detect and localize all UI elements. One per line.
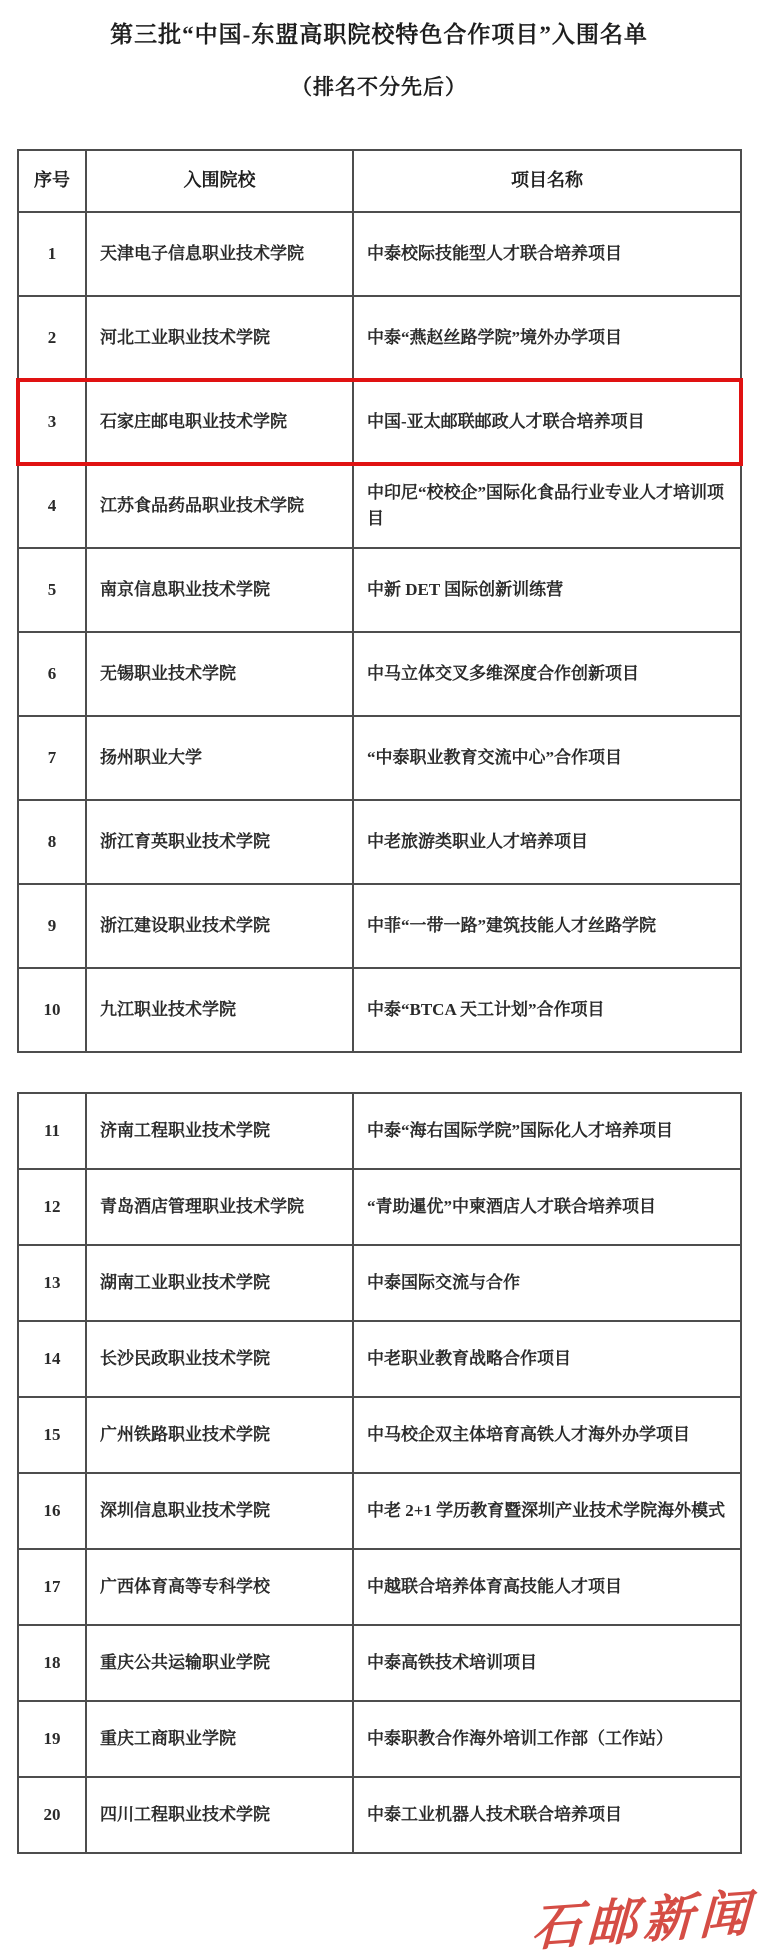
serial-number-cell: 15: [18, 1397, 86, 1473]
table-row: 20四川工程职业技术学院中泰工业机器人技术联合培养项目: [18, 1777, 741, 1853]
project-name-cell: 中菲“一带一路”建筑技能人才丝路学院: [353, 884, 741, 968]
watermark-stamp: 石邮新闻: [531, 1873, 757, 1955]
table-row: 11济南工程职业技术学院中泰“海右国际学院”国际化人才培养项目: [18, 1093, 741, 1169]
serial-number-cell: 16: [18, 1473, 86, 1549]
project-name-cell: 中泰校际技能型人才联合培养项目: [353, 212, 741, 296]
serial-number-cell: 17: [18, 1549, 86, 1625]
school-cell: 无锡职业技术学院: [86, 632, 353, 716]
school-cell: 四川工程职业技术学院: [86, 1777, 353, 1853]
serial-number-cell: 5: [18, 548, 86, 632]
table-row: 16深圳信息职业技术学院中老 2+1 学历教育暨深圳产业技术学院海外模式: [18, 1473, 741, 1549]
table-row: 4江苏食品药品职业技术学院中印尼“校校企”国际化食品行业专业人才培训项目: [18, 464, 741, 548]
table-row: 5南京信息职业技术学院中新 DET 国际创新训练营: [18, 548, 741, 632]
project-name-cell: 中老 2+1 学历教育暨深圳产业技术学院海外模式: [353, 1473, 741, 1549]
project-name-cell: 中泰国际交流与合作: [353, 1245, 741, 1321]
school-cell: 江苏食品药品职业技术学院: [86, 464, 353, 548]
school-cell: 天津电子信息职业技术学院: [86, 212, 353, 296]
school-cell: 青岛酒店管理职业技术学院: [86, 1169, 353, 1245]
serial-number-cell: 8: [18, 800, 86, 884]
serial-number-cell: 7: [18, 716, 86, 800]
project-name-cell: 中越联合培养体育高技能人才项目: [353, 1549, 741, 1625]
table-row: 6无锡职业技术学院中马立体交叉多维深度合作创新项目: [18, 632, 741, 716]
project-name-cell: 中泰工业机器人技术联合培养项目: [353, 1777, 741, 1853]
table-row: 2河北工业职业技术学院中泰“燕赵丝路学院”境外办学项目: [18, 296, 741, 380]
header-serial-number: 序号: [18, 150, 86, 212]
school-cell: 长沙民政职业技术学院: [86, 1321, 353, 1397]
school-cell: 河北工业职业技术学院: [86, 296, 353, 380]
project-name-cell: “青助暹优”中柬酒店人才联合培养项目: [353, 1169, 741, 1245]
table-row: 9浙江建设职业技术学院中菲“一带一路”建筑技能人才丝路学院: [18, 884, 741, 968]
serial-number-cell: 18: [18, 1625, 86, 1701]
project-name-cell: 中泰“燕赵丝路学院”境外办学项目: [353, 296, 741, 380]
school-cell: 浙江育英职业技术学院: [86, 800, 353, 884]
school-cell: 九江职业技术学院: [86, 968, 353, 1052]
table-row: 15广州铁路职业技术学院中马校企双主体培育高铁人才海外办学项目: [18, 1397, 741, 1473]
project-name-cell: 中老旅游类职业人才培养项目: [353, 800, 741, 884]
school-cell: 广州铁路职业技术学院: [86, 1397, 353, 1473]
serial-number-cell: 19: [18, 1701, 86, 1777]
school-cell: 广西体育高等专科学校: [86, 1549, 353, 1625]
project-name-cell: 中泰“海右国际学院”国际化人才培养项目: [353, 1093, 741, 1169]
serial-number-cell: 9: [18, 884, 86, 968]
table-row: 12青岛酒店管理职业技术学院“青助暹优”中柬酒店人才联合培养项目: [18, 1169, 741, 1245]
table-row: 14长沙民政职业技术学院中老职业教育战略合作项目: [18, 1321, 741, 1397]
school-cell: 重庆公共运输职业学院: [86, 1625, 353, 1701]
serial-number-cell: 4: [18, 464, 86, 548]
project-name-cell: 中新 DET 国际创新训练营: [353, 548, 741, 632]
shortlist-table-part1: 序号 入围院校 项目名称 1天津电子信息职业技术学院中泰校际技能型人才联合培养项…: [17, 149, 742, 1053]
school-cell: 深圳信息职业技术学院: [86, 1473, 353, 1549]
school-cell: 石家庄邮电职业技术学院: [86, 380, 353, 464]
table-row-highlighted: 3石家庄邮电职业技术学院中国-亚太邮联邮政人才联合培养项目: [18, 380, 741, 464]
table-row: 13湖南工业职业技术学院中泰国际交流与合作: [18, 1245, 741, 1321]
table-row: 10九江职业技术学院中泰“BTCA 天工计划”合作项目: [18, 968, 741, 1052]
serial-number-cell: 10: [18, 968, 86, 1052]
project-name-cell: “中泰职业教育交流中心”合作项目: [353, 716, 741, 800]
school-cell: 南京信息职业技术学院: [86, 548, 353, 632]
serial-number-cell: 20: [18, 1777, 86, 1853]
header-school: 入围院校: [86, 150, 353, 212]
serial-number-cell: 6: [18, 632, 86, 716]
project-name-cell: 中老职业教育战略合作项目: [353, 1321, 741, 1397]
table-row: 18重庆公共运输职业学院中泰高铁技术培训项目: [18, 1625, 741, 1701]
school-cell: 重庆工商职业学院: [86, 1701, 353, 1777]
project-name-cell: 中马校企双主体培育高铁人才海外办学项目: [353, 1397, 741, 1473]
project-name-cell: 中泰高铁技术培训项目: [353, 1625, 741, 1701]
table-row: 8浙江育英职业技术学院中老旅游类职业人才培养项目: [18, 800, 741, 884]
serial-number-cell: 1: [18, 212, 86, 296]
serial-number-cell: 3: [18, 380, 86, 464]
shortlist-table-part2: 11济南工程职业技术学院中泰“海右国际学院”国际化人才培养项目12青岛酒店管理职…: [17, 1092, 742, 1854]
school-cell: 济南工程职业技术学院: [86, 1093, 353, 1169]
project-name-cell: 中国-亚太邮联邮政人才联合培养项目: [353, 380, 741, 464]
table-row: 17广西体育高等专科学校中越联合培养体育高技能人才项目: [18, 1549, 741, 1625]
table-header-row: 序号 入围院校 项目名称: [18, 150, 741, 212]
table-row: 19重庆工商职业学院中泰职教合作海外培训工作部（工作站）: [18, 1701, 741, 1777]
header-project-name: 项目名称: [353, 150, 741, 212]
school-cell: 湖南工业职业技术学院: [86, 1245, 353, 1321]
school-cell: 扬州职业大学: [86, 716, 353, 800]
table-row: 1天津电子信息职业技术学院中泰校际技能型人才联合培养项目: [18, 212, 741, 296]
page-title: 第三批“中国-东盟高职院校特色合作项目”入围名单: [0, 0, 758, 49]
page-subtitle: （排名不分先后）: [0, 49, 758, 101]
serial-number-cell: 2: [18, 296, 86, 380]
table-row: 7扬州职业大学“中泰职业教育交流中心”合作项目: [18, 716, 741, 800]
project-name-cell: 中印尼“校校企”国际化食品行业专业人才培训项目: [353, 464, 741, 548]
project-name-cell: 中泰职教合作海外培训工作部（工作站）: [353, 1701, 741, 1777]
document-page: 第三批“中国-东盟高职院校特色合作项目”入围名单 （排名不分先后） 序号 入围院…: [0, 0, 758, 1955]
project-name-cell: 中泰“BTCA 天工计划”合作项目: [353, 968, 741, 1052]
school-cell: 浙江建设职业技术学院: [86, 884, 353, 968]
serial-number-cell: 12: [18, 1169, 86, 1245]
serial-number-cell: 14: [18, 1321, 86, 1397]
project-name-cell: 中马立体交叉多维深度合作创新项目: [353, 632, 741, 716]
serial-number-cell: 13: [18, 1245, 86, 1321]
serial-number-cell: 11: [18, 1093, 86, 1169]
